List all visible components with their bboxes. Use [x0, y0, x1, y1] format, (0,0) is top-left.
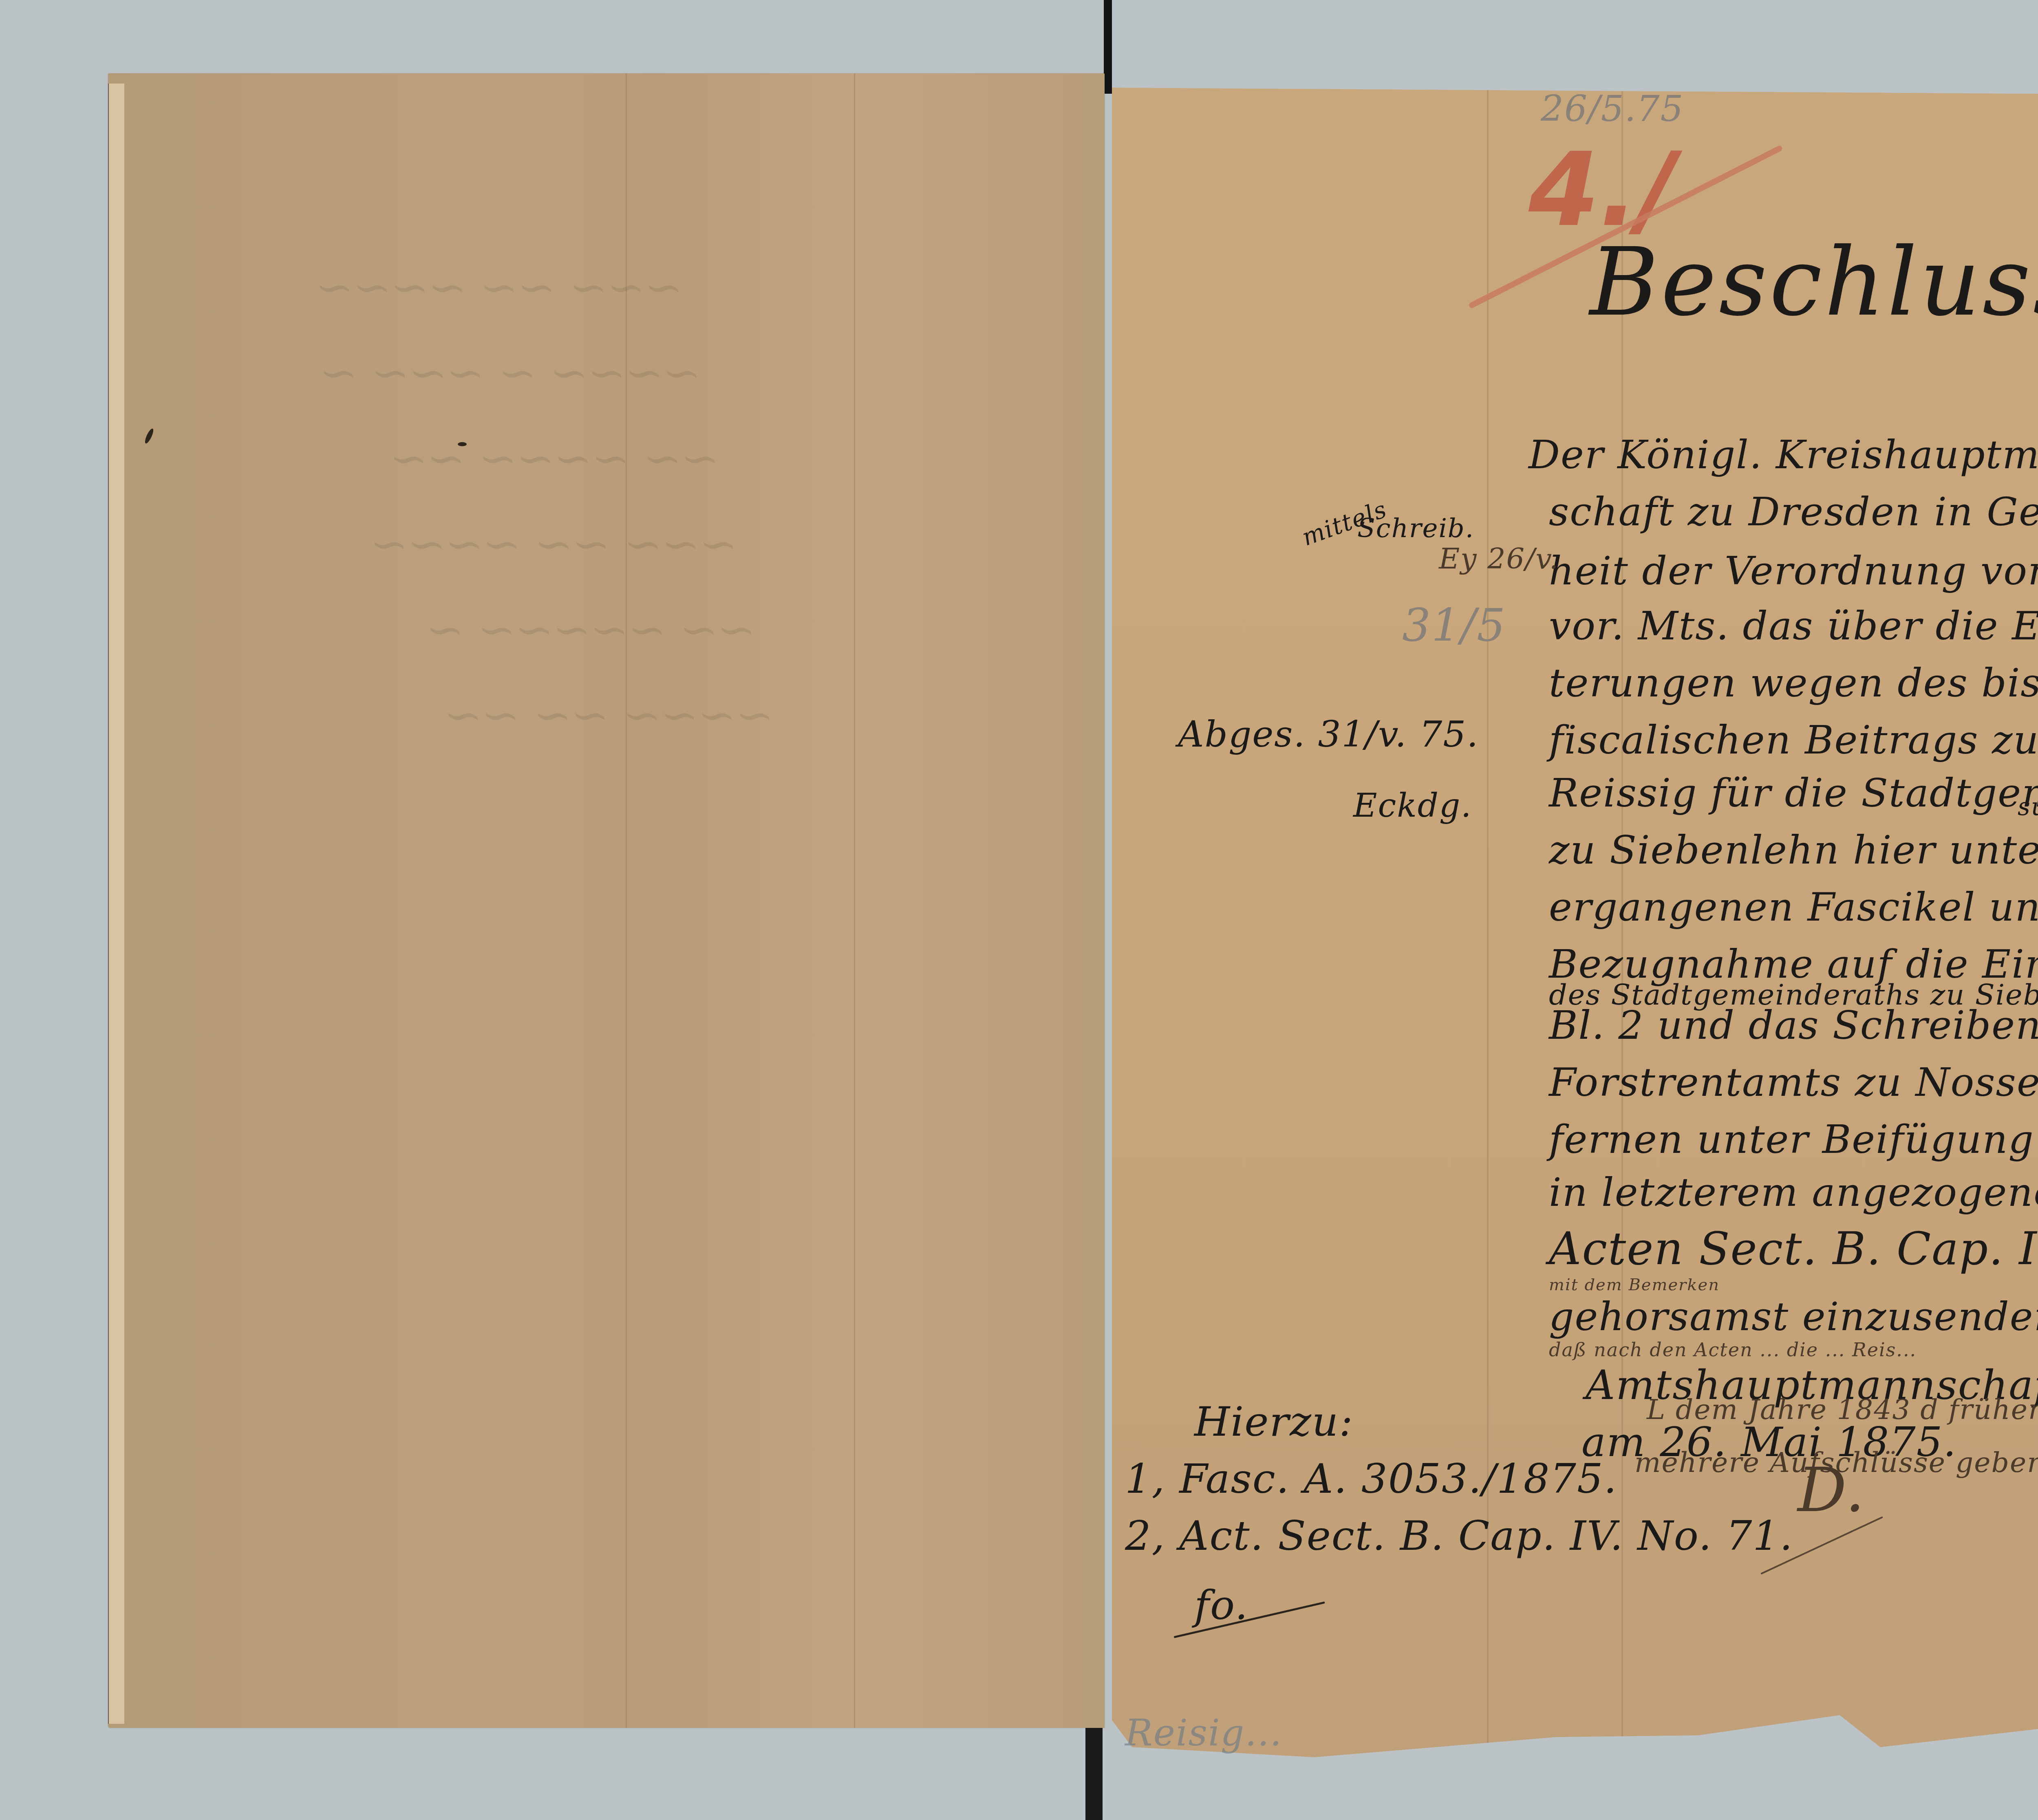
page-fold — [854, 73, 855, 1728]
body-line: terungen wegen des bisherigen — [1549, 660, 2038, 706]
body-line: in letzterem angezogenen — [1549, 1170, 2038, 1215]
binding-strip — [108, 84, 124, 1724]
body-line: zu Siebenlehn hier unter A. 305 — [1549, 827, 2038, 873]
dispatch-note: Eckdg. — [1353, 787, 1472, 824]
dispatch-note: Abges. 31/v. 75. — [1178, 713, 1479, 755]
body-line: heit der Verordnung vom 22/28 — [1549, 548, 2038, 594]
margin-note: Schreib. — [1357, 513, 1474, 544]
body-line: Forstrentamts zu Nossen Bl. 4 — [1549, 1060, 2038, 1105]
body-line: Acten Sect. B. Cap. IV. Nr. 71. — [1549, 1223, 2038, 1275]
ink-spot — [458, 442, 467, 446]
body-line: Reissig für die Stadtgemeinde — [1549, 770, 2038, 816]
enclosure-item: 2, Act. Sect. B. Cap. IV. No. 71. — [1125, 1512, 1793, 1560]
interlinear-sub: sub — [2018, 793, 2038, 821]
blue-pencil-note: Reisig... — [1125, 1712, 1282, 1754]
body-line: schaft zu Dresden in Gemäß- — [1549, 489, 2038, 535]
body-line: Bl. 2 und das Schreiben des — [1549, 1003, 2038, 1048]
bleed-through-text: ~~~ ~~ ~~~~ ~~~~ ~ ~~~ ~ ~~ ~~~~ ~~ ~~~ … — [184, 245, 782, 758]
footnote-line: mehrere Aufschlüsse geben dürften — [1634, 1447, 2038, 1479]
margin-initials: Ey 26/v. — [1439, 542, 1559, 575]
body-line: fiscalischen Beitrags zu 50. Thal. — [1549, 717, 2038, 763]
body-line: gehorsamst einzusenden, — [1549, 1294, 2038, 1340]
left-page: ~~~ ~~ ~~~~ ~~~~ ~ ~~~ ~ ~~ ~~~~ ~~ ~~~ … — [108, 73, 1105, 1728]
body-line: fernen unter Beifügung der — [1549, 1117, 2038, 1162]
scanner-divider-bottom — [1085, 1726, 1103, 1820]
enclosures-heading: Hierzu: — [1194, 1398, 1354, 1445]
folio-date-pencil: 26/5.75 — [1541, 88, 1684, 130]
body-line: Der Königl. Kreishauptmann- — [1528, 432, 2038, 478]
enclosure-item: 1, Fasc. A. 3053./1875. — [1125, 1455, 1617, 1503]
margin-pencil-date: 31/5 — [1402, 599, 1506, 651]
footnote-line: L dem Jahre 1843 d frühere Jahre — [1647, 1394, 2038, 1426]
body-line: ergangenen Fascikel unter — [1549, 884, 2038, 930]
interlinear-remark: daß nach den Acten ... die ... Reis... — [1549, 1339, 1917, 1361]
document-heading: Beschluss. — [1590, 228, 2038, 337]
ink-spot — [143, 427, 155, 444]
body-line: vor. Mts. das über die Erör- — [1549, 603, 2038, 649]
interlinear-remark: mit dem Bemerken — [1549, 1276, 1720, 1294]
scanner-divider-top — [1104, 0, 1112, 94]
